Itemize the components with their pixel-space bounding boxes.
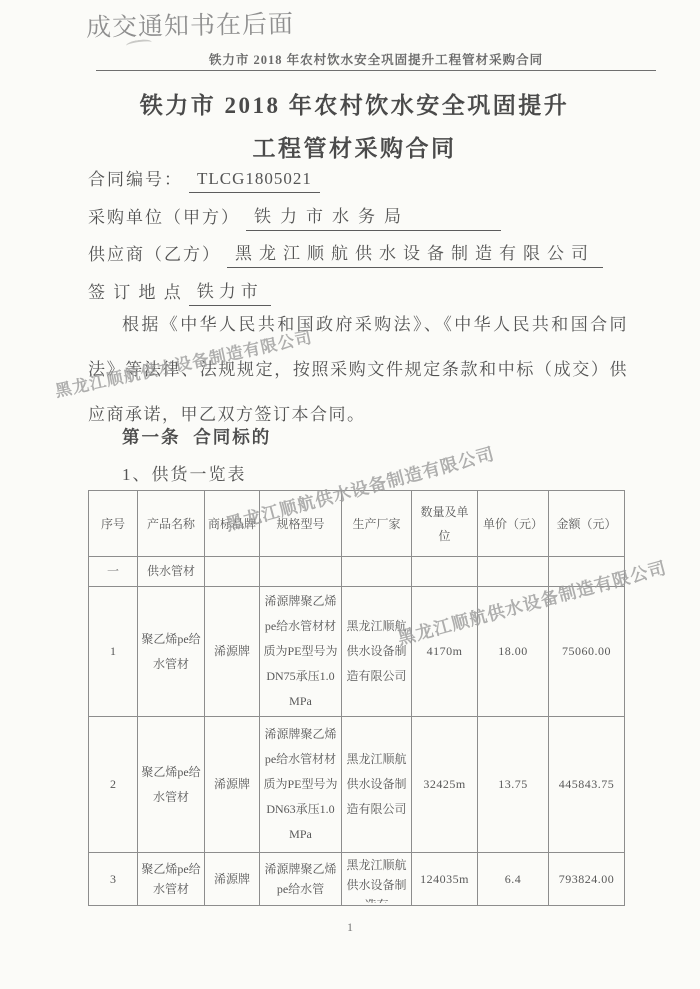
cell-spec-text: 浠源牌聚乙烯pe给水管 <box>263 859 338 899</box>
section-heading-article1: 第一条 合同标的 <box>122 424 271 449</box>
contract-title-line2: 工程管材采购合同 <box>82 127 627 170</box>
cell-product-name: 聚乙烯pe给水管材 <box>138 717 205 853</box>
cell-manufacturer <box>342 557 412 587</box>
header-quantity: 数量及单位 <box>412 491 478 557</box>
field-supplier-label: 供应商（乙方） <box>88 245 221 264</box>
cell-brand: 浠源牌 <box>205 587 260 717</box>
field-buyer: 采购单位（甲方） 铁力市水务局 <box>88 204 633 231</box>
cell-product-name: 聚乙烯pe给水管材 <box>138 587 205 717</box>
cell-brand: 浠源牌 <box>205 853 260 906</box>
running-header: 铁力市 2018 年农村饮水安全巩固提升工程管材采购合同 <box>96 50 656 68</box>
header-seq: 序号 <box>89 491 138 557</box>
header-product-name: 产品名称 <box>138 491 205 557</box>
cell-product-name: 聚乙烯pe给水管材 <box>138 853 205 906</box>
contract-title-line1: 铁力市 2018 年农村饮水安全巩固提升 <box>82 84 627 127</box>
cell-unit-price: 13.75 <box>478 717 549 853</box>
cell-unit-price: 6.4 <box>478 853 549 906</box>
cell-manufacturer-text: 黑龙江顺航供水设备制造有 <box>345 855 408 903</box>
header-brand: 商标品牌 <box>205 491 260 557</box>
cell-amount <box>549 557 625 587</box>
field-supplier: 供应商（乙方） 黑龙江顺航供水设备制造有限公司 <box>88 241 633 268</box>
supply-list-heading: 1、供货一览表 <box>122 460 247 485</box>
header-rule <box>96 70 656 71</box>
cell-seq: 3 <box>89 853 138 906</box>
cell-manufacturer: 黑龙江顺航供水设备制造有限公司 <box>342 587 412 717</box>
cell-unit-price: 18.00 <box>478 587 549 717</box>
field-contract-number: 合同编号： TLCG1805021 <box>88 166 633 193</box>
cell-brand: 浠源牌 <box>205 717 260 853</box>
contract-title: 铁力市 2018 年农村饮水安全巩固提升 工程管材采购合同 <box>82 84 627 170</box>
table-header-row: 序号 产品名称 商标品牌 规格型号 生产厂家 数量及单位 单价（元） 金额（元） <box>89 491 625 557</box>
cell-brand <box>205 557 260 587</box>
field-contract-number-label: 合同编号： <box>88 170 183 189</box>
field-buyer-label: 采购单位（甲方） <box>88 208 240 227</box>
table-row: 3 聚乙烯pe给水管材 浠源牌 浠源牌聚乙烯pe给水管 黑龙江顺航供水设备制造有… <box>89 853 625 906</box>
cell-seq: 一 <box>89 557 138 587</box>
header-unit-price: 单价（元） <box>478 491 549 557</box>
page-number: 1 <box>340 920 360 935</box>
cell-product-name: 供水管材 <box>138 557 205 587</box>
cell-seq: 2 <box>89 717 138 853</box>
cell-amount: 75060.00 <box>549 587 625 717</box>
cell-manufacturer: 黑龙江顺航供水设备制造有限公司 <box>342 717 412 853</box>
cell-spec: 浠源牌聚乙烯pe给水管材材质为PE型号为DN75承压1.0MPa <box>260 587 342 717</box>
contract-fields: 合同编号： TLCG1805021 采购单位（甲方） 铁力市水务局 供应商（乙方… <box>88 166 633 316</box>
supply-list-table: 序号 产品名称 商标品牌 规格型号 生产厂家 数量及单位 单价（元） 金额（元）… <box>88 490 625 906</box>
cell-quantity: 32425m <box>412 717 478 853</box>
scanned-contract-page: 成交通知书在后面 铁力市 2018 年农村饮水安全巩固提升工程管材采购合同 铁力… <box>0 0 700 989</box>
handwritten-note: 成交通知书在后面 <box>86 4 295 44</box>
cell-amount: 445843.75 <box>549 717 625 853</box>
table-row: 一 供水管材 <box>89 557 625 587</box>
table-row: 1 聚乙烯pe给水管材 浠源牌 浠源牌聚乙烯pe给水管材材质为PE型号为DN75… <box>89 587 625 717</box>
field-buyer-value: 铁力市水务局 <box>246 204 501 231</box>
header-manufacturer: 生产厂家 <box>342 491 412 557</box>
field-contract-number-value: TLCG1805021 <box>189 166 320 193</box>
cell-manufacturer: 黑龙江顺航供水设备制造有 <box>342 853 412 906</box>
field-signing-place-label: 签 订 地 点 <box>88 283 183 302</box>
cell-spec: 浠源牌聚乙烯pe给水管 <box>260 853 342 906</box>
table-row: 2 聚乙烯pe给水管材 浠源牌 浠源牌聚乙烯pe给水管材材质为PE型号为DN63… <box>89 717 625 853</box>
cell-seq: 1 <box>89 587 138 717</box>
cell-quantity: 124035m <box>412 853 478 906</box>
header-amount: 金额（元） <box>549 491 625 557</box>
cell-quantity <box>412 557 478 587</box>
field-supplier-value: 黑龙江顺航供水设备制造有限公司 <box>227 241 603 268</box>
cell-amount: 793824.00 <box>549 853 625 906</box>
intro-paragraph: 根据《中华人民共和国政府采购法》、《中华人民共和国合同法》等法律、法规规定，按照… <box>88 302 628 437</box>
cell-spec <box>260 557 342 587</box>
cell-unit-price <box>478 557 549 587</box>
cell-spec: 浠源牌聚乙烯pe给水管材材质为PE型号为DN63承压1.0MPa <box>260 717 342 853</box>
header-spec: 规格型号 <box>260 491 342 557</box>
cell-quantity: 4170m <box>412 587 478 717</box>
